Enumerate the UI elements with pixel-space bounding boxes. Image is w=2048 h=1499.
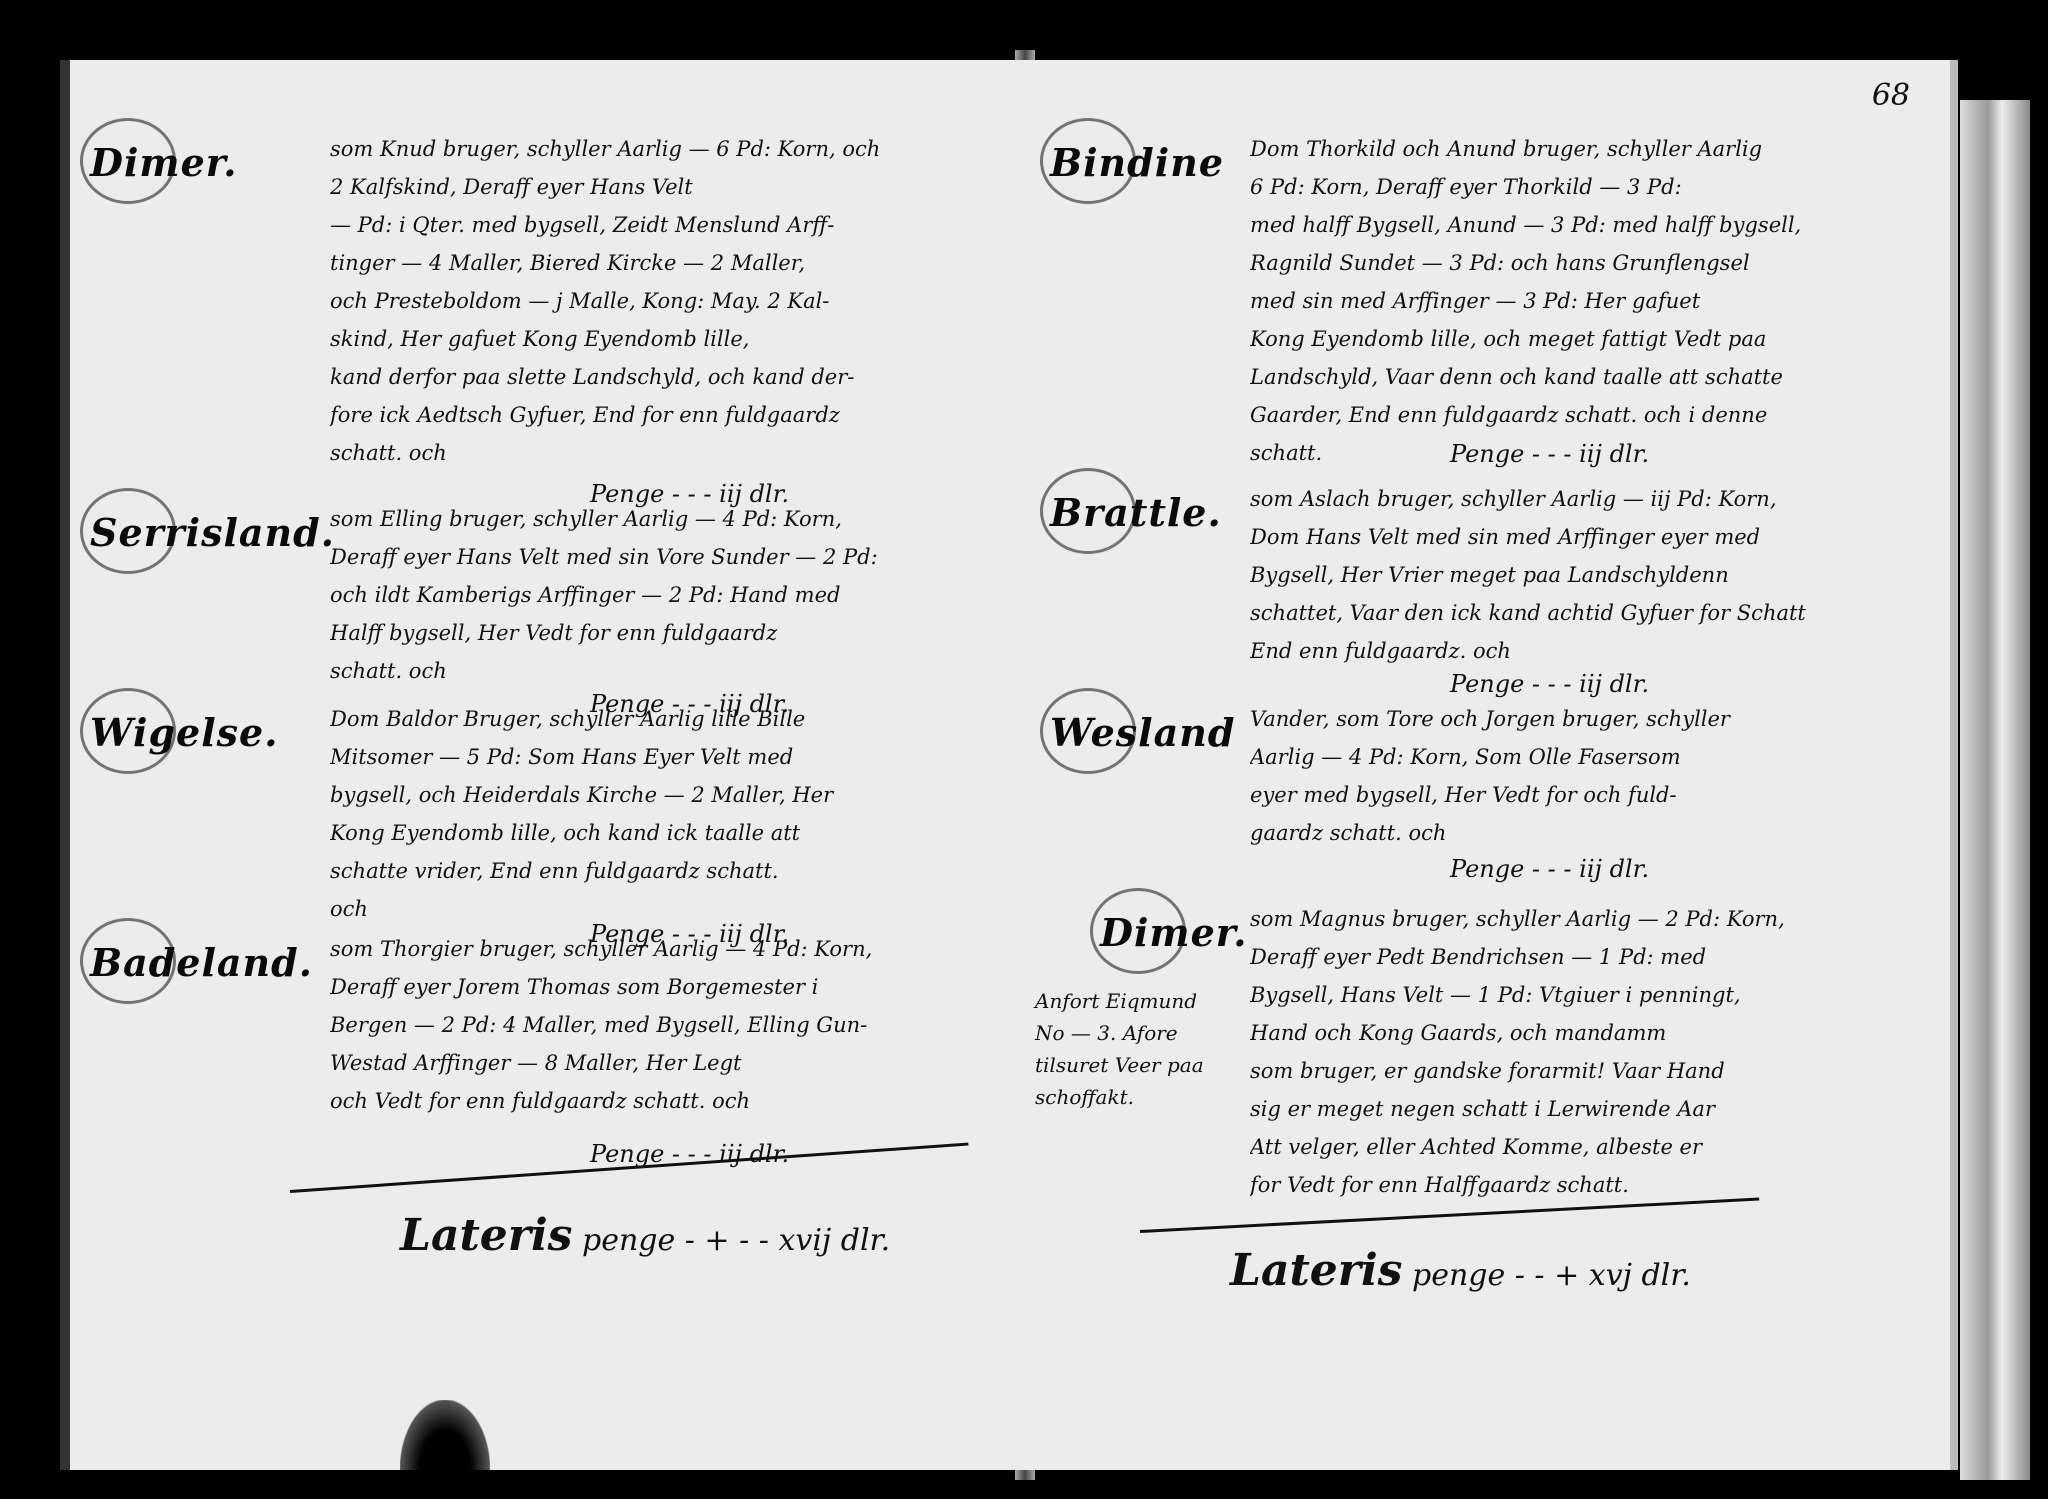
page-stack-edge: [1960, 100, 2030, 1480]
text-line: Dom Hans Velt med sin med Arffinger eyer…: [1250, 518, 1910, 556]
thumb-shadow: [400, 1400, 490, 1470]
entry-sum: Penge - - - iij dlr.: [1450, 855, 1649, 883]
text-line: fore ick Aedtsch Gyfuer, End for enn ful…: [330, 396, 990, 434]
text-line: tinger — 4 Maller, Biered Kircke — 2 Mal…: [330, 244, 990, 282]
entry-body: som Aslach bruger, schyller Aarlig — iij…: [1250, 480, 1910, 670]
note-line: schoffakt.: [1035, 1081, 1245, 1113]
note-line: tilsuret Veer paa: [1035, 1049, 1245, 1081]
entry-body: som Knud bruger, schyller Aarlig — 6 Pd:…: [330, 130, 990, 472]
text-line: Deraff eyer Jorem Thomas som Borgemester…: [330, 968, 990, 1006]
entry-heading: Brattle.: [1050, 490, 1222, 535]
entry-sum: Penge - - - iij dlr.: [1450, 440, 1649, 468]
entry-heading: Dimer.: [1100, 910, 1248, 955]
text-line: och Presteboldom — j Malle, Kong: May. 2…: [330, 282, 990, 320]
entry-heading: Wigelse.: [90, 710, 278, 755]
text-line: Att velger, eller Achted Komme, albeste …: [1250, 1128, 1910, 1166]
text-line: 6 Pd: Korn, Deraff eyer Thorkild — 3 Pd:: [1250, 168, 1910, 206]
text-line: Gaarder, End enn fuldgaardz schatt. och …: [1250, 396, 1910, 434]
text-line: Mitsomer — 5 Pd: Som Hans Eyer Velt med: [330, 738, 990, 776]
text-line: och ildt Kamberigs Arffinger — 2 Pd: Han…: [330, 576, 990, 614]
text-line: End enn fuldgaardz. och: [1250, 632, 1910, 670]
text-line: Landschyld, Vaar denn och kand taalle at…: [1250, 358, 1910, 396]
text-line: Bygsell, Hans Velt — 1 Pd: Vtgiuer i pen…: [1250, 976, 1910, 1014]
text-line: Dom Thorkild och Anund bruger, schyller …: [1250, 130, 1910, 168]
text-line: och Vedt for enn fuldgaardz schatt. och: [330, 1082, 990, 1120]
text-line: schatt. och: [330, 434, 990, 472]
text-line: for Vedt for enn Halffgaardz schatt.: [1250, 1166, 1910, 1204]
text-line: Vander, som Tore och Jorgen bruger, schy…: [1250, 700, 1910, 738]
text-line: som bruger, er gandske forarmit! Vaar Ha…: [1250, 1052, 1910, 1090]
text-line: Deraff eyer Pedt Bendrichsen — 1 Pd: med: [1250, 938, 1910, 976]
text-line: Aarlig — 4 Pd: Korn, Som Olle Fasersom: [1250, 738, 1910, 776]
text-line: skind, Her gafuet Kong Eyendomb lille,: [330, 320, 990, 358]
text-line: schatte vrider, End enn fuldgaardz schat…: [330, 852, 990, 890]
text-line: sig er meget negen schatt i Lerwirende A…: [1250, 1090, 1910, 1128]
text-line: Ragnild Sundet — 3 Pd: och hans Grunflen…: [1250, 244, 1910, 282]
text-line: — Pd: i Qter. med bygsell, Zeidt Menslun…: [330, 206, 990, 244]
total-label: Lateris: [1230, 1245, 1402, 1296]
entry-heading: Dimer.: [90, 140, 238, 185]
text-line: som Thorgier bruger, schyller Aarlig — 4…: [330, 930, 990, 968]
total-value: penge - - + xvj dlr.: [1412, 1258, 1691, 1293]
entry-heading: Serrisland.: [90, 510, 335, 555]
total-label: Lateris: [400, 1210, 572, 1261]
entry-body: Vander, som Tore och Jorgen bruger, schy…: [1250, 700, 1910, 852]
entry-body: som Elling bruger, schyller Aarlig — 4 P…: [330, 500, 990, 690]
margin-note: Anfort Eiqmund No — 3. Afore tilsuret Ve…: [1035, 985, 1245, 1113]
text-line: gaardz schatt. och: [1250, 814, 1910, 852]
page-total: Lateris penge - + - - xvij dlr.: [400, 1210, 890, 1261]
text-line: som Aslach bruger, schyller Aarlig — iij…: [1250, 480, 1910, 518]
text-line: eyer med bygsell, Her Vedt for och fuld-: [1250, 776, 1910, 814]
total-value: penge - + - - xvij dlr.: [582, 1223, 890, 1258]
text-line: schattet, Vaar den ick kand achtid Gyfue…: [1250, 594, 1910, 632]
text-line: schatt. och: [330, 652, 990, 690]
left-page: Dimer. som Knud bruger, schyller Aarlig …: [60, 60, 1030, 1470]
text-line: som Knud bruger, schyller Aarlig — 6 Pd:…: [330, 130, 990, 168]
text-line: Bygsell, Her Vrier meget paa Landschylde…: [1250, 556, 1910, 594]
entry-heading: Wesland: [1050, 710, 1235, 755]
text-line: 2 Kalfskind, Deraff eyer Hans Velt: [330, 168, 990, 206]
entry-body: som Magnus bruger, schyller Aarlig — 2 P…: [1250, 900, 1910, 1204]
note-line: No — 3. Afore: [1035, 1017, 1245, 1049]
entry-heading: Bindine: [1050, 140, 1224, 185]
entry-body: Dom Baldor Bruger, schyller Aarlig lille…: [330, 700, 990, 928]
text-line: med sin med Arffinger — 3 Pd: Her gafuet: [1250, 282, 1910, 320]
text-line: som Elling bruger, schyller Aarlig — 4 P…: [330, 500, 990, 538]
text-line: Kong Eyendomb lille, och meget fattigt V…: [1250, 320, 1910, 358]
text-line: Deraff eyer Hans Velt med sin Vore Sunde…: [330, 538, 990, 576]
text-line: med halff Bygsell, Anund — 3 Pd: med hal…: [1250, 206, 1910, 244]
note-line: Anfort Eiqmund: [1035, 985, 1245, 1017]
open-book: Dimer. som Knud bruger, schyller Aarlig …: [40, 40, 2030, 1480]
entry-sum: Penge - - - iij dlr.: [1450, 670, 1649, 698]
text-line: bygsell, och Heiderdals Kirche — 2 Malle…: [330, 776, 990, 814]
page-total: Lateris penge - - + xvj dlr.: [1230, 1245, 1691, 1296]
text-line: Westad Arffinger — 8 Maller, Her Legt: [330, 1044, 990, 1082]
text-line: Halff bygsell, Her Vedt for enn fuldgaar…: [330, 614, 990, 652]
text-line: som Magnus bruger, schyller Aarlig — 2 P…: [1250, 900, 1910, 938]
entry-body: Dom Thorkild och Anund bruger, schyller …: [1250, 130, 1910, 472]
text-line: Hand och Kong Gaards, och mandamm: [1250, 1014, 1910, 1052]
text-line: kand derfor paa slette Landschyld, och k…: [330, 358, 990, 396]
text-line: Bergen — 2 Pd: 4 Maller, med Bygsell, El…: [330, 1006, 990, 1044]
right-page: 68 Bindine Dom Thorkild och Anund bruger…: [1030, 60, 1958, 1470]
entry-heading: Badeland.: [90, 940, 313, 985]
folio-number: 68: [1872, 78, 1910, 113]
text-line: Kong Eyendomb lille, och kand ick taalle…: [330, 814, 990, 852]
text-line: Dom Baldor Bruger, schyller Aarlig lille…: [330, 700, 990, 738]
entry-body: som Thorgier bruger, schyller Aarlig — 4…: [330, 930, 990, 1120]
